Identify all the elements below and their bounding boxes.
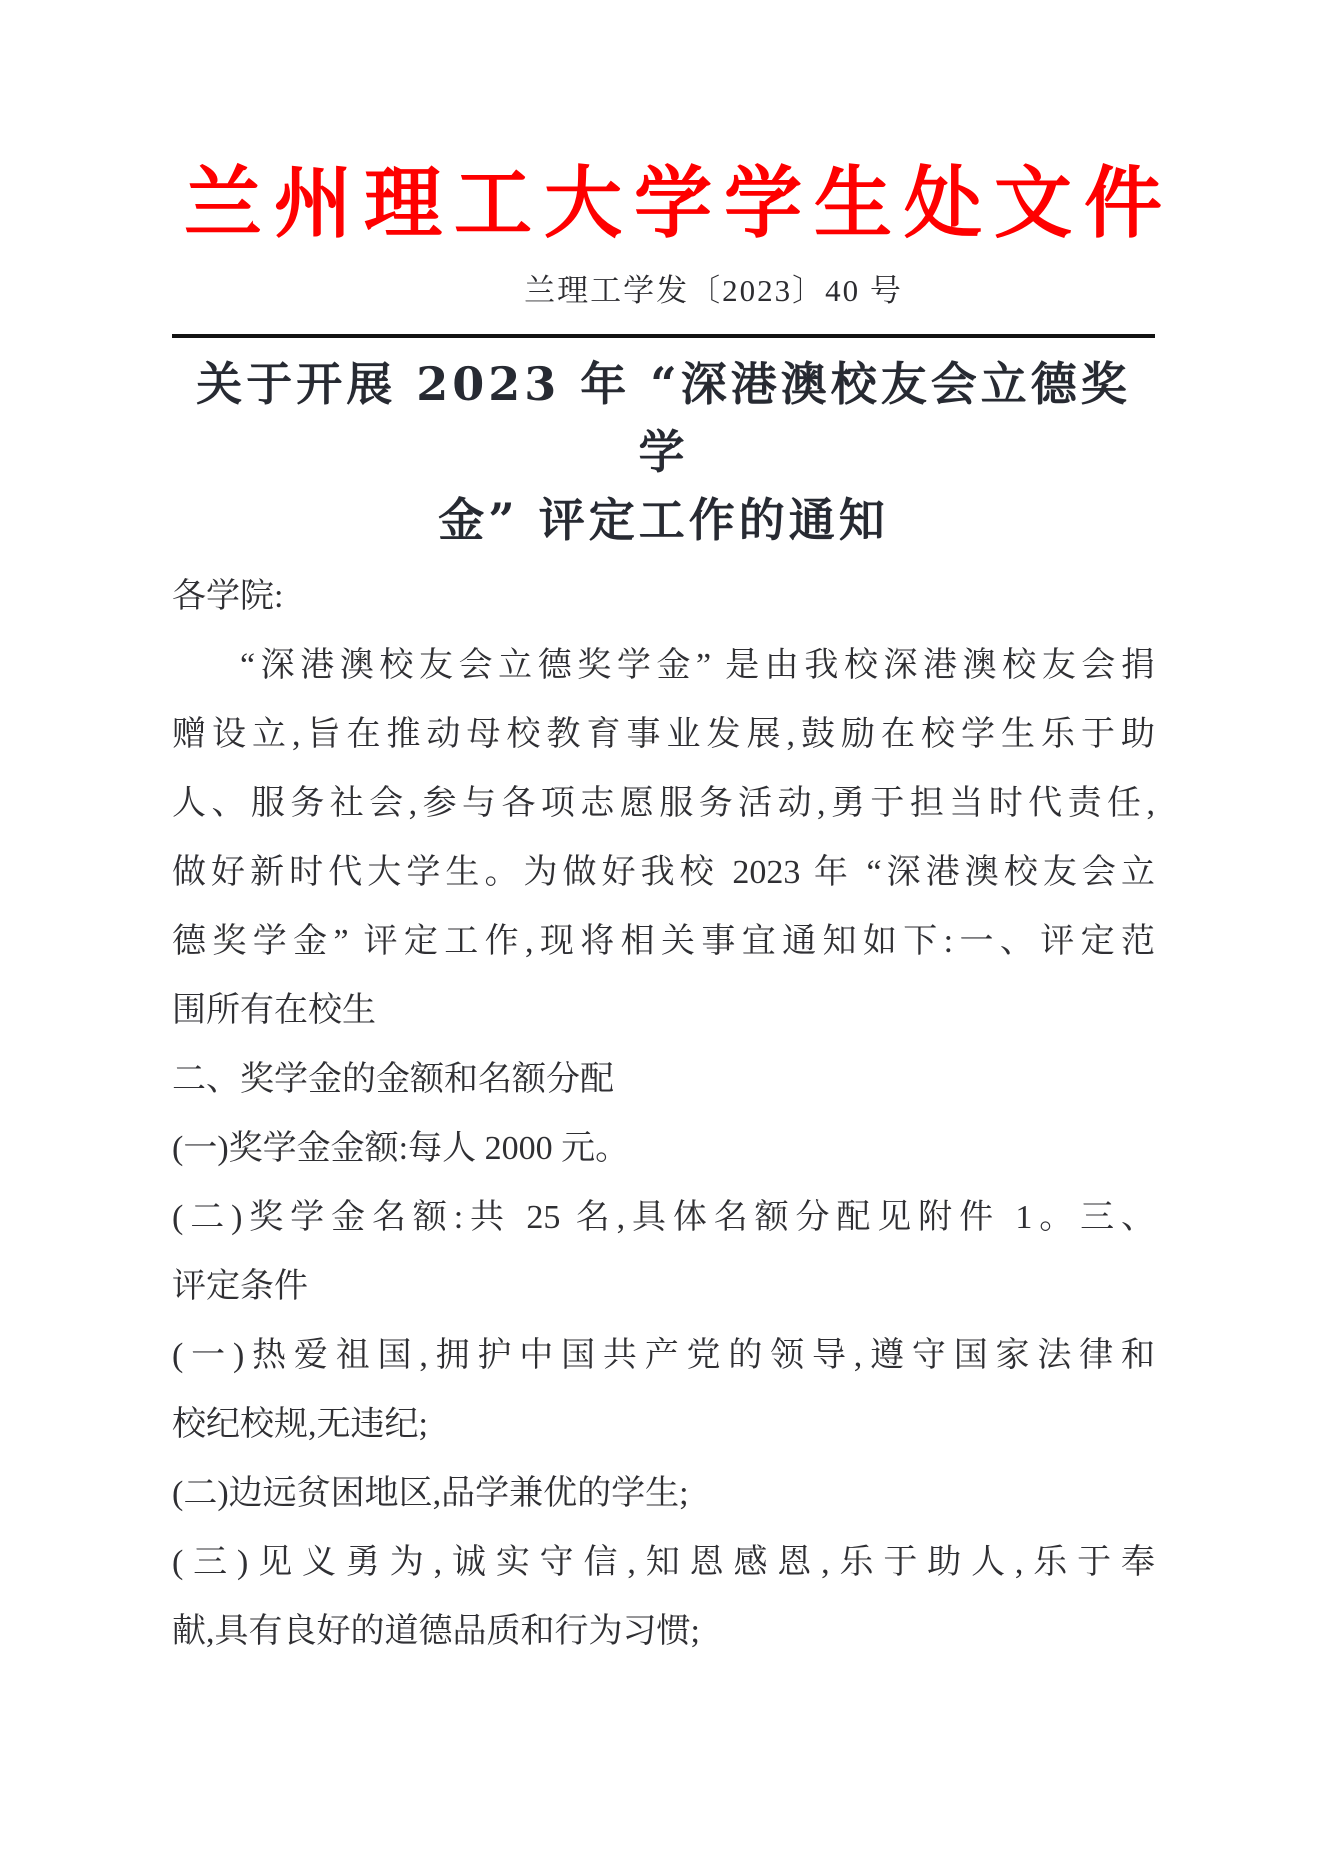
- body-section-heading: 二、奖学金的金额和名额分配: [172, 1045, 1155, 1114]
- document-header-title: 兰州理工大学学生处文件: [172, 165, 1155, 243]
- body-line: 献,具有良好的道德品质和行为习惯;: [172, 1597, 1155, 1666]
- body-salutation: 各学院:: [172, 562, 1155, 631]
- body-line: 赠设立,旨在推动母校教育事业发展,鼓励在校学生乐于助: [172, 700, 1155, 769]
- body-line: “深港澳校友会立德奖学金” 是由我校深港澳校友会捐: [172, 631, 1155, 700]
- body-line: (一)热爱祖国,拥护中国共产党的领导,遵守国家法律和: [172, 1321, 1155, 1390]
- body-line: 校纪校规,无违纪;: [172, 1390, 1155, 1459]
- body-line: (二)边远贫困地区,品学兼优的学生;: [172, 1459, 1155, 1528]
- document-issue-number: 兰理工学发〔2023〕40 号: [172, 275, 1155, 306]
- body-line: 评定条件: [172, 1252, 1155, 1321]
- document-page: 兰州理工大学学生处文件 兰理工学发〔2023〕40 号 关于开展 2023 年 …: [0, 0, 1323, 1871]
- header-divider-rule: [172, 334, 1155, 338]
- document-subject-title: 关于开展 2023 年 “深港澳校友会立德奖学 金” 评定工作的通知: [172, 350, 1155, 554]
- body-line: (一)奖学金金额:每人 2000 元。: [172, 1114, 1155, 1183]
- body-line: 围所有在校生: [172, 976, 1155, 1045]
- body-line: 人、服务社会,参与各项志愿服务活动,勇于担当时代责任,: [172, 769, 1155, 838]
- body-line: (二)奖学金名额:共 25 名,具体名额分配见附件 1。三、: [172, 1183, 1155, 1252]
- body-line: 做好新时代大学生。为做好我校 2023 年 “深港澳校友会立: [172, 838, 1155, 907]
- body-line: 德奖学金” 评定工作,现将相关事宜通知如下:一、评定范: [172, 907, 1155, 976]
- subject-title-line-1: 关于开展 2023 年 “深港澳校友会立德奖学: [172, 350, 1155, 486]
- body-line: (三)见义勇为,诚实守信,知恩感恩,乐于助人,乐于奉: [172, 1528, 1155, 1597]
- document-body: 各学院: “深港澳校友会立德奖学金” 是由我校深港澳校友会捐 赠设立,旨在推动母…: [172, 562, 1155, 1666]
- subject-title-line-2: 金” 评定工作的通知: [172, 486, 1155, 554]
